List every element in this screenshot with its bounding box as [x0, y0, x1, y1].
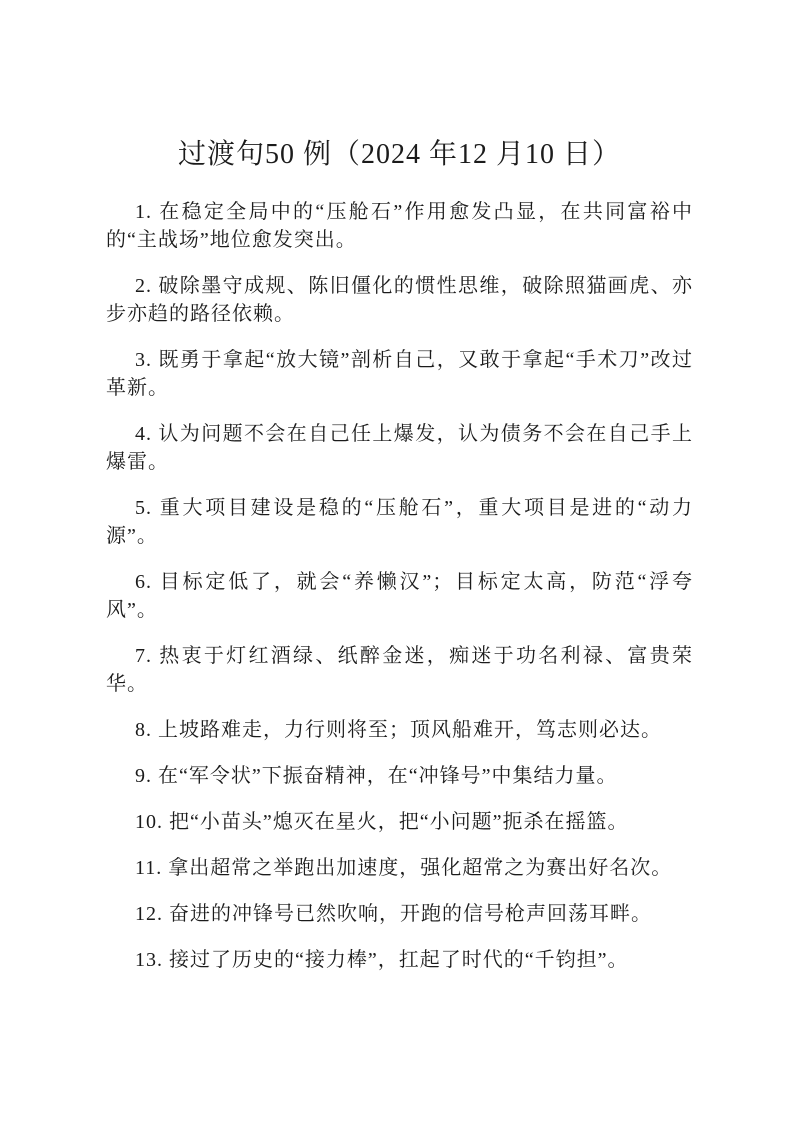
- transition-sentence-13: 13. 接过了历史的“接力棒”，扛起了时代的“千钧担”。: [106, 946, 693, 974]
- document-title: 过渡句50 例（2024 年12 月10 日）: [106, 135, 693, 175]
- transition-sentence-7: 7. 热衷于灯红酒绿、纸醉金迷，痴迷于功名利禄、富贵荣华。: [106, 642, 693, 698]
- transition-sentence-8: 8. 上坡路难走，力行则将至；顶风船难开，笃志则必达。: [106, 716, 693, 744]
- transition-sentence-9: 9. 在“军令状”下振奋精神，在“冲锋号”中集结力量。: [106, 762, 693, 790]
- transition-sentence-6: 6. 目标定低了，就会“养懒汉”；目标定太高，防范“浮夸风”。: [106, 568, 693, 624]
- transition-sentence-10: 10. 把“小苗头”熄灭在星火，把“小问题”扼杀在摇篮。: [106, 808, 693, 836]
- transition-sentence-1: 1. 在稳定全局中的“压舱石”作用愈发凸显，在共同富裕中的“主战场”地位愈发突出…: [106, 198, 693, 254]
- transition-sentence-11: 11. 拿出超常之举跑出加速度，强化超常之为赛出好名次。: [106, 854, 693, 882]
- transition-sentence-12: 12. 奋进的冲锋号已然吹响，开跑的信号枪声回荡耳畔。: [106, 900, 693, 928]
- transition-sentence-4: 4. 认为问题不会在自己任上爆发，认为债务不会在自己手上爆雷。: [106, 420, 693, 476]
- transition-sentence-3: 3. 既勇于拿起“放大镜”剖析自己，又敢于拿起“手术刀”改过革新。: [106, 346, 693, 402]
- transition-sentence-5: 5. 重大项目建设是稳的“压舱石”，重大项目是进的“动力源”。: [106, 494, 693, 550]
- transition-sentence-2: 2. 破除墨守成规、陈旧僵化的惯性思维，破除照猫画虎、亦步亦趋的路径依赖。: [106, 272, 693, 328]
- document-page: 过渡句50 例（2024 年12 月10 日） 1. 在稳定全局中的“压舱石”作…: [0, 0, 793, 1121]
